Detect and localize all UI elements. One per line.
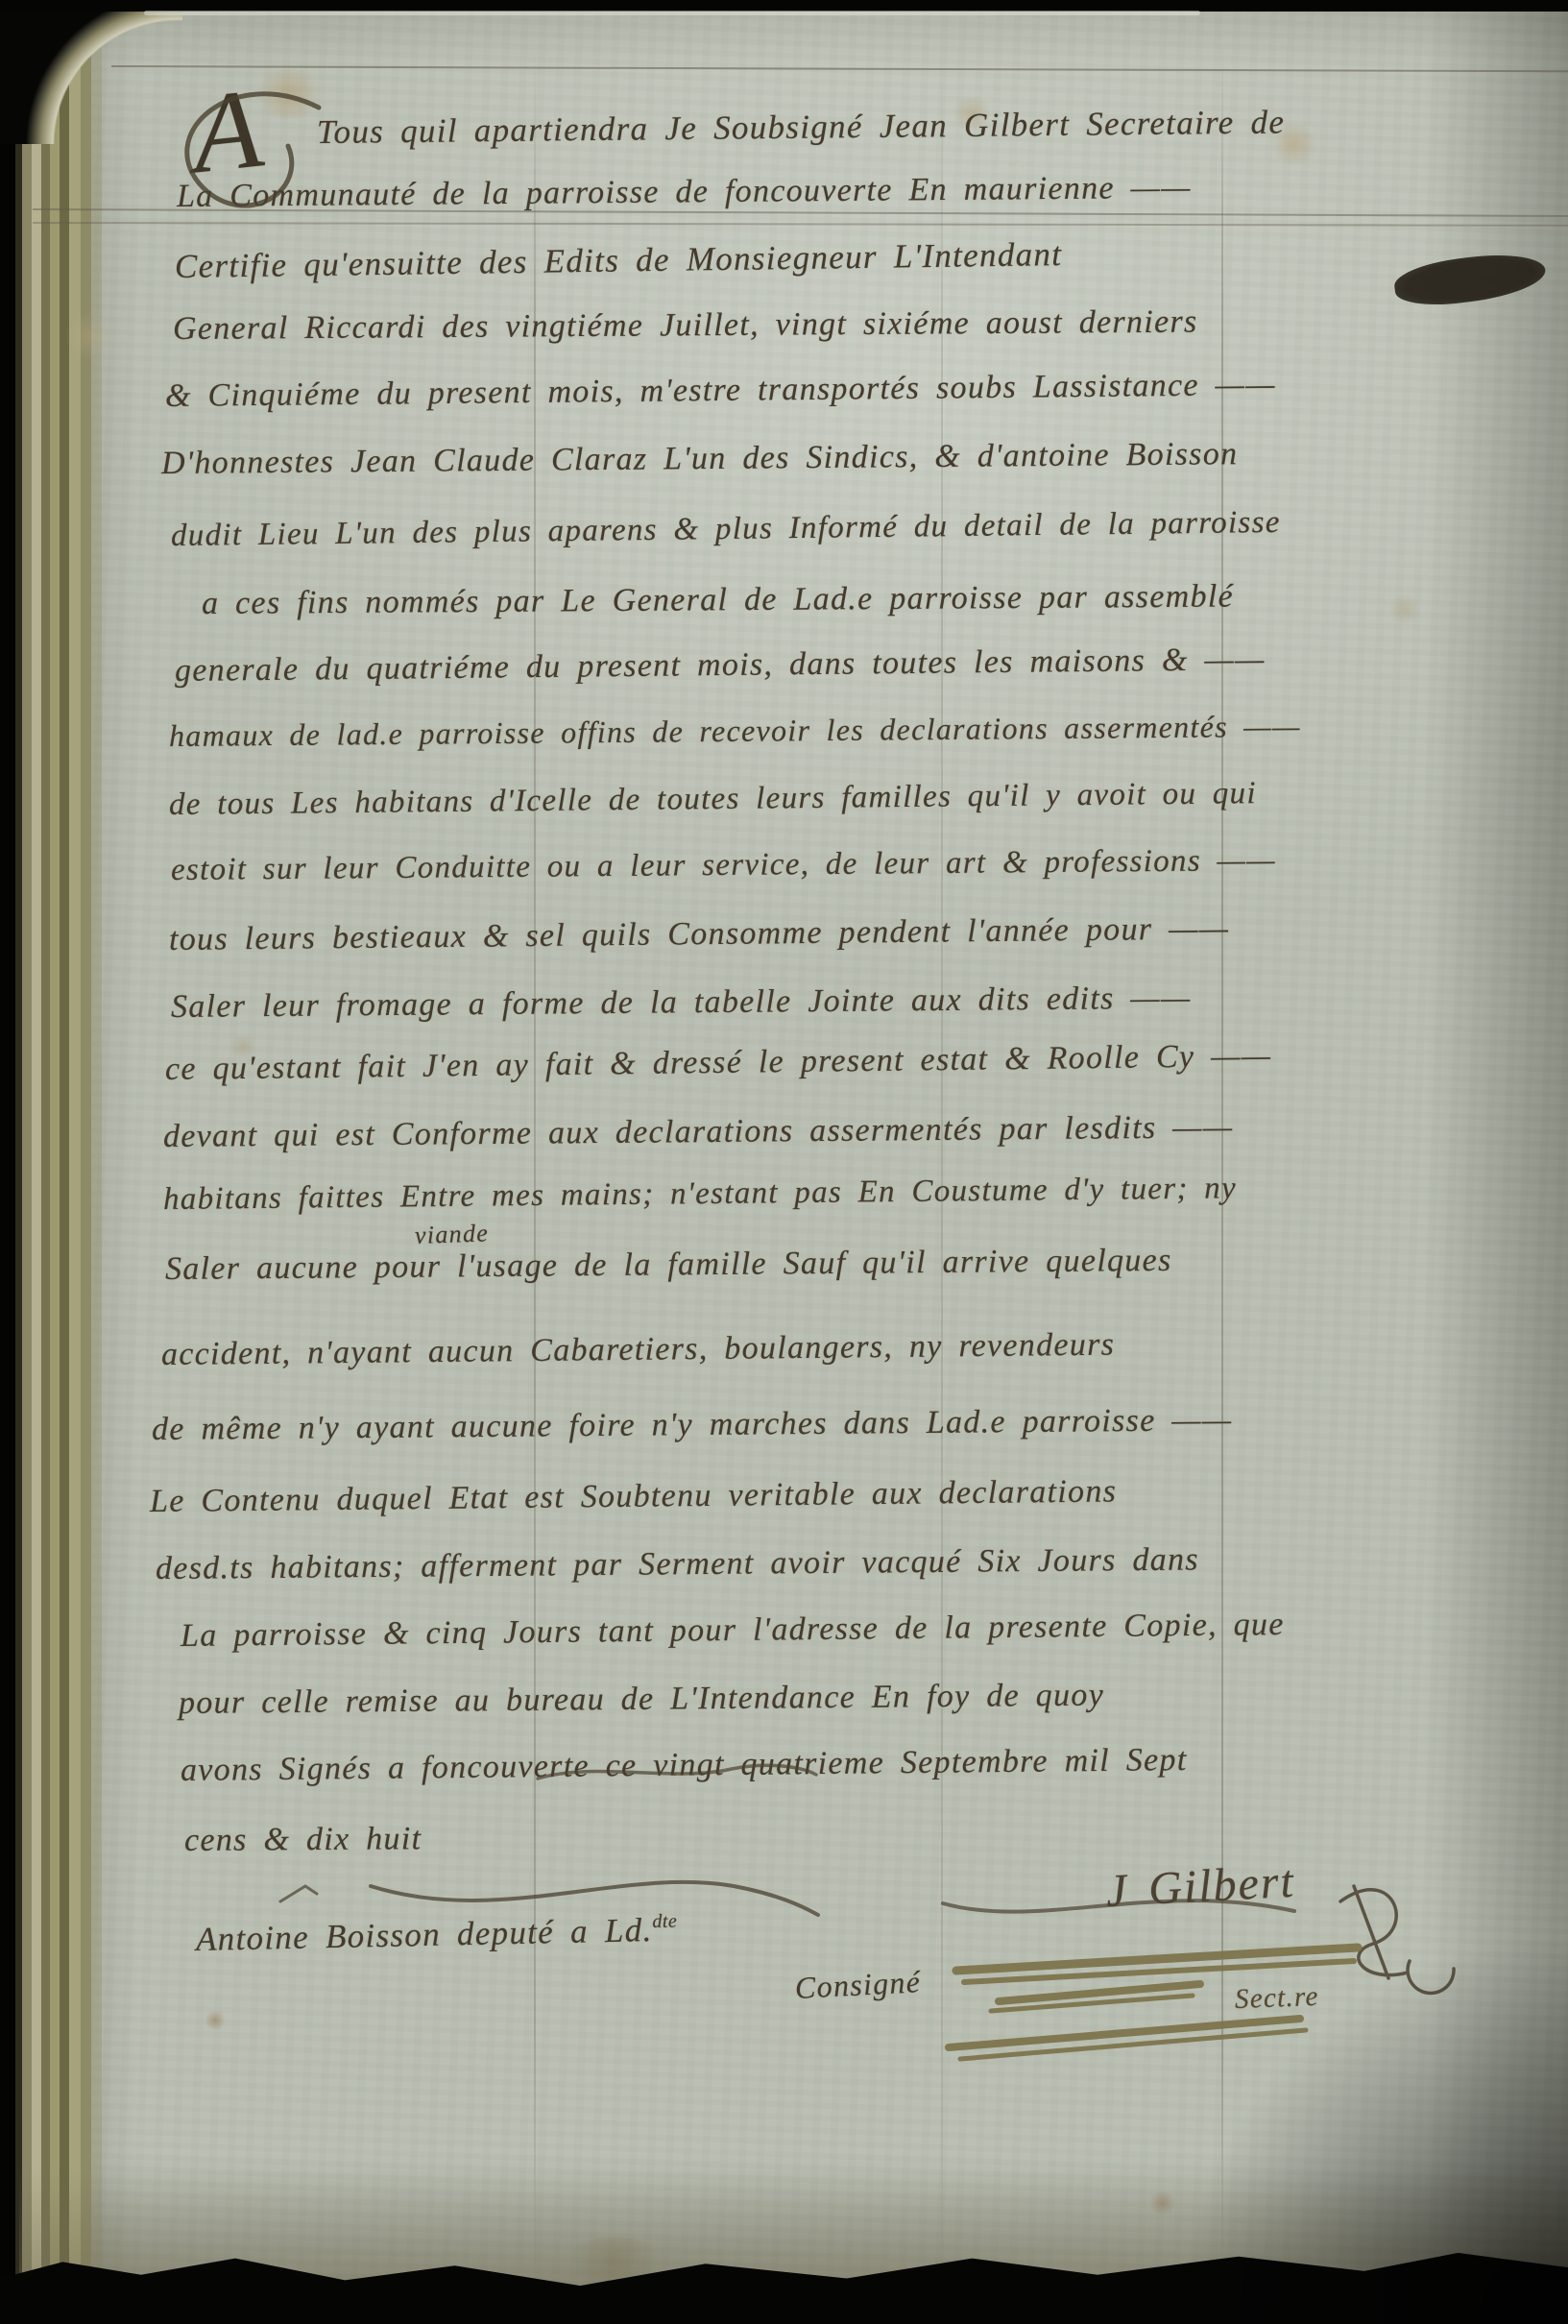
book-page-edges bbox=[0, 0, 108, 2324]
manuscript-line: a ces fins nommés par Le General de Lad.… bbox=[202, 578, 1234, 622]
insertion-word: viande bbox=[414, 1219, 489, 1250]
manuscript-photo: A Tous quil apartiendra Je Soubsigné Jea… bbox=[0, 0, 1568, 2324]
decorated-initial: A bbox=[186, 72, 267, 192]
consigne-word: Consigné bbox=[794, 1964, 922, 2006]
deputy-superscript: dte bbox=[652, 1911, 677, 1933]
manuscript-line: General Riccardi des vingtiéme Juillet, … bbox=[173, 304, 1198, 348]
page-corner-top-left bbox=[0, 0, 182, 144]
bottom-right-shadow bbox=[1165, 1921, 1568, 2324]
signature-gilbert: J Gilbert bbox=[1105, 1855, 1297, 1918]
manuscript-line: cens & dix huit bbox=[184, 1821, 422, 1859]
page-top-highlight bbox=[144, 11, 1200, 15]
